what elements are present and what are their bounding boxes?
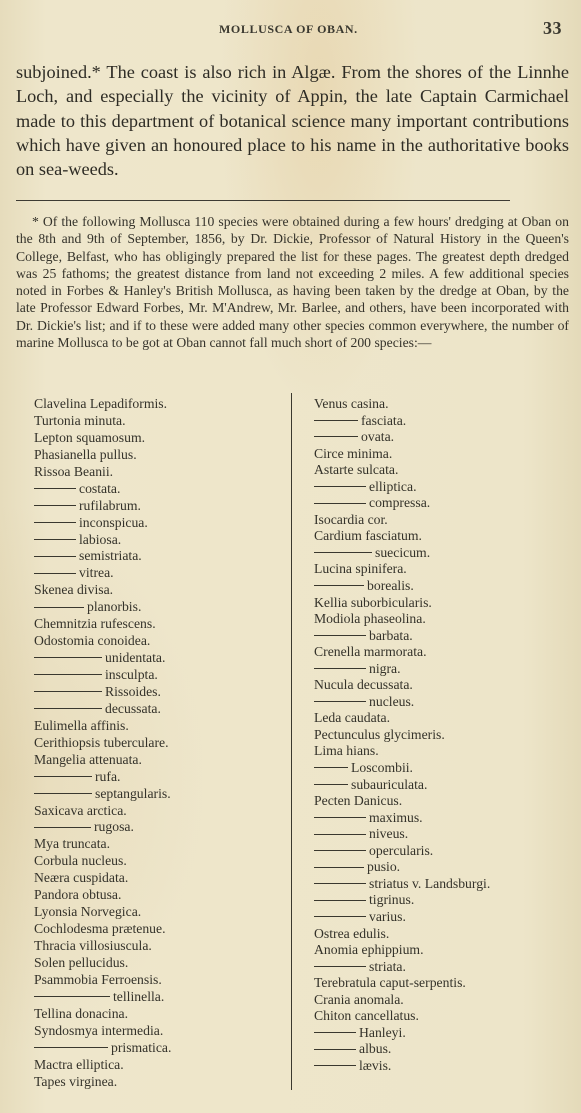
species-item: nigra.	[314, 661, 574, 678]
species-name: Turtonia minuta.	[34, 413, 126, 428]
species-name: borealis.	[367, 578, 414, 593]
footnote: * Of the following Mollusca 110 species …	[16, 213, 569, 351]
ditto-dash	[34, 793, 92, 794]
species-item: subauriculata.	[314, 777, 574, 794]
species-name: Saxicava arctica.	[34, 803, 127, 818]
species-name: Mangelia attenuata.	[34, 752, 142, 767]
species-name: Cardium fasciatum.	[314, 528, 422, 543]
species-item: Pectunculus glycimeris.	[314, 727, 574, 744]
species-name: Terebratula caput-serpentis.	[314, 975, 466, 990]
species-name: rugosa.	[94, 819, 134, 834]
species-name: maximus.	[369, 810, 423, 825]
ditto-dash	[314, 420, 358, 421]
species-name: Anomia ephippium.	[314, 942, 424, 957]
species-name: ovata.	[361, 429, 394, 444]
species-name: Phasianella pullus.	[34, 447, 137, 462]
species-name: Pectunculus glycimeris.	[314, 727, 445, 742]
species-item: Neæra cuspidata.	[34, 870, 284, 887]
species-name: inconspicua.	[79, 515, 148, 530]
species-name: insculpta.	[105, 667, 158, 682]
species-item: barbata.	[314, 628, 574, 645]
species-name: Modiola phaseolina.	[314, 611, 426, 626]
ditto-dash	[34, 573, 76, 574]
species-name: Chemnitzia rufescens.	[34, 616, 156, 631]
species-item: labiosa.	[34, 532, 284, 549]
ditto-dash	[34, 539, 76, 540]
species-name: Neæra cuspidata.	[34, 870, 128, 885]
species-name: labiosa.	[79, 532, 121, 547]
species-item: Cochlodesma prætenue.	[34, 921, 284, 938]
ditto-dash	[314, 635, 366, 636]
species-item: decussata.	[34, 701, 284, 718]
species-name: Clavelina Lepadiformis.	[34, 396, 167, 411]
ditto-dash	[34, 691, 102, 692]
species-item: Turtonia minuta.	[34, 413, 284, 430]
species-item: Leda caudata.	[314, 710, 574, 727]
species-item: Isocardia cor.	[314, 512, 574, 529]
species-item: striatus v. Landsburgi.	[314, 876, 574, 893]
species-name: Ostrea edulis.	[314, 926, 389, 941]
species-item: Pecten Danicus.	[314, 793, 574, 810]
ditto-dash	[314, 817, 366, 818]
species-name: rufa.	[95, 769, 120, 784]
species-name: Astarte sulcata.	[314, 462, 398, 477]
species-name: costata.	[79, 481, 120, 496]
species-name: Nucula decussata.	[314, 677, 413, 692]
species-name: Psammobia Ferroensis.	[34, 972, 162, 987]
column-divider	[291, 393, 292, 1090]
species-item: Mya truncata.	[34, 836, 284, 853]
ditto-dash	[34, 674, 102, 675]
species-name: septangularis.	[95, 786, 171, 801]
species-item: Mangelia attenuata.	[34, 752, 284, 769]
species-name: Isocardia cor.	[314, 512, 388, 527]
ditto-dash	[314, 767, 348, 768]
species-name: compressa.	[369, 495, 430, 510]
species-name: rufilabrum.	[79, 498, 141, 513]
species-name: Tapes virginea.	[34, 1074, 117, 1089]
ditto-dash	[314, 436, 358, 437]
species-item: Chemnitzia rufescens.	[34, 616, 284, 633]
ditto-dash	[314, 486, 366, 487]
species-name: decussata.	[105, 701, 161, 716]
species-item: Tellina donacina.	[34, 1006, 284, 1023]
species-item: rugosa.	[34, 819, 284, 836]
species-item: Lepton squamosum.	[34, 430, 284, 447]
species-name: tigrinus.	[369, 892, 414, 907]
species-item: tellinella.	[34, 989, 284, 1006]
species-item: albus.	[314, 1041, 574, 1058]
species-item: Crania anomala.	[314, 992, 574, 1009]
species-item: Pandora obtusa.	[34, 887, 284, 904]
species-name: prismatica.	[111, 1040, 171, 1055]
ditto-dash	[34, 607, 84, 608]
species-item: pusio.	[314, 859, 574, 876]
species-name: Eulimella affinis.	[34, 718, 129, 733]
species-item: Anomia ephippium.	[314, 942, 574, 959]
species-name: Pecten Danicus.	[314, 793, 402, 808]
species-item: Clavelina Lepadiformis.	[34, 396, 284, 413]
ditto-dash	[314, 966, 366, 967]
species-item: planorbis.	[34, 599, 284, 616]
species-name: varius.	[369, 909, 406, 924]
species-item: tigrinus.	[314, 892, 574, 909]
species-item: ovata.	[314, 429, 574, 446]
species-name: Corbula nucleus.	[34, 853, 127, 868]
species-name: Lucina spinifera.	[314, 561, 407, 576]
species-item: Nucula decussata.	[314, 677, 574, 694]
footnote-divider	[16, 200, 510, 201]
species-item: Solen pellucidus.	[34, 955, 284, 972]
ditto-dash	[314, 668, 366, 669]
species-list-left: Clavelina Lepadiformis.Turtonia minuta.L…	[34, 396, 284, 1090]
body-paragraph: subjoined.* The coast is also rich in Al…	[16, 60, 569, 181]
ditto-dash	[314, 701, 366, 702]
species-item: Tapes virginea.	[34, 1074, 284, 1091]
species-name: Lyonsia Norvegica.	[34, 904, 141, 919]
species-item: lævis.	[314, 1058, 574, 1075]
species-name: nigra.	[369, 661, 401, 676]
species-item: Cerithiopsis tuberculare.	[34, 735, 284, 752]
species-item: Hanleyi.	[314, 1025, 574, 1042]
species-name: Chiton cancellatus.	[314, 1008, 419, 1023]
ditto-dash	[34, 708, 102, 709]
ditto-dash	[314, 900, 366, 901]
species-name: Leda caudata.	[314, 710, 390, 725]
species-name: tellinella.	[113, 989, 164, 1004]
species-name: Crania anomala.	[314, 992, 404, 1007]
species-item: Psammobia Ferroensis.	[34, 972, 284, 989]
ditto-dash	[34, 488, 76, 489]
ditto-dash	[314, 503, 366, 504]
species-item: Mactra elliptica.	[34, 1057, 284, 1074]
species-name: striata.	[369, 959, 406, 974]
species-name: Odostomia conoidea.	[34, 633, 150, 648]
species-name: Rissoides.	[105, 684, 161, 699]
ditto-dash	[34, 827, 91, 828]
species-name: barbata.	[369, 628, 413, 643]
species-item: Loscombii.	[314, 760, 574, 777]
species-name: Thracia villosiuscula.	[34, 938, 152, 953]
species-item: borealis.	[314, 578, 574, 595]
species-item: inconspicua.	[34, 515, 284, 532]
species-item: elliptica.	[314, 479, 574, 496]
ditto-dash	[314, 867, 364, 868]
species-list-right: Venus casina.fasciata.ovata.Circe minima…	[314, 396, 574, 1074]
ditto-dash	[314, 883, 366, 884]
species-item: Syndosmya intermedia.	[34, 1023, 284, 1040]
species-item: Cardium fasciatum.	[314, 528, 574, 545]
species-name: Solen pellucidus.	[34, 955, 128, 970]
species-name: vitrea.	[79, 565, 114, 580]
ditto-dash	[34, 1047, 108, 1048]
species-item: Rissoides.	[34, 684, 284, 701]
species-name: nucleus.	[369, 694, 414, 709]
species-item: Lyonsia Norvegica.	[34, 904, 284, 921]
ditto-dash	[314, 552, 372, 553]
species-name: suecicum.	[375, 545, 430, 560]
ditto-dash	[314, 850, 366, 851]
species-name: Mya truncata.	[34, 836, 110, 851]
ditto-dash	[34, 505, 76, 506]
species-name: pusio.	[367, 859, 400, 874]
species-name: Syndosmya intermedia.	[34, 1023, 163, 1038]
species-item: fasciata.	[314, 413, 574, 430]
page-number: 33	[543, 18, 562, 39]
species-name: striatus v. Landsburgi.	[369, 876, 490, 891]
species-name: elliptica.	[369, 479, 417, 494]
species-item: striata.	[314, 959, 574, 976]
species-name: Loscombii.	[351, 760, 413, 775]
species-item: Saxicava arctica.	[34, 803, 284, 820]
species-name: albus.	[359, 1041, 391, 1056]
ditto-dash	[314, 1049, 356, 1050]
species-name: lævis.	[359, 1058, 391, 1073]
ditto-dash	[34, 996, 110, 997]
species-item: opercularis.	[314, 843, 574, 860]
species-item: unidentata.	[34, 650, 284, 667]
species-item: maximus.	[314, 810, 574, 827]
species-item: compressa.	[314, 495, 574, 512]
species-item: Circe minima.	[314, 446, 574, 463]
species-name: Crenella marmorata.	[314, 644, 427, 659]
ditto-dash	[314, 784, 348, 785]
species-item: Chiton cancellatus.	[314, 1008, 574, 1025]
species-name: Cochlodesma prætenue.	[34, 921, 166, 936]
species-name: semistriata.	[79, 548, 142, 563]
species-name: Kellia suborbicularis.	[314, 595, 432, 610]
species-item: Odostomia conoidea.	[34, 633, 284, 650]
ditto-dash	[34, 522, 76, 523]
ditto-dash	[34, 556, 76, 557]
species-item: Modiola phaseolina.	[314, 611, 574, 628]
species-name: Cerithiopsis tuberculare.	[34, 735, 169, 750]
species-name: Pandora obtusa.	[34, 887, 121, 902]
species-item: rufa.	[34, 769, 284, 786]
species-name: unidentata.	[105, 650, 165, 665]
species-name: Mactra elliptica.	[34, 1057, 124, 1072]
ditto-dash	[34, 657, 102, 658]
species-item: prismatica.	[34, 1040, 284, 1057]
species-item: Phasianella pullus.	[34, 447, 284, 464]
species-item: semistriata.	[34, 548, 284, 565]
species-name: subauriculata.	[351, 777, 427, 792]
species-name: Lepton squamosum.	[34, 430, 145, 445]
footnote-text: * Of the following Mollusca 110 species …	[16, 214, 569, 350]
species-item: costata.	[34, 481, 284, 498]
species-name: Rissoa Beanii.	[34, 464, 113, 479]
species-item: Astarte sulcata.	[314, 462, 574, 479]
species-name: planorbis.	[87, 599, 141, 614]
species-item: Ostrea edulis.	[314, 926, 574, 943]
ditto-dash	[314, 1065, 356, 1066]
species-name: Circe minima.	[314, 446, 392, 461]
species-item: insculpta.	[34, 667, 284, 684]
ditto-dash	[314, 916, 366, 917]
species-name: fasciata.	[361, 413, 406, 428]
species-item: varius.	[314, 909, 574, 926]
species-name: niveus.	[369, 826, 408, 841]
ditto-dash	[34, 776, 92, 777]
ditto-dash	[314, 1032, 356, 1033]
species-item: Thracia villosiuscula.	[34, 938, 284, 955]
species-name: opercularis.	[369, 843, 433, 858]
species-item: Kellia suborbicularis.	[314, 595, 574, 612]
species-item: rufilabrum.	[34, 498, 284, 515]
running-title: MOLLUSCA OF OBAN.	[219, 22, 358, 37]
species-item: vitrea.	[34, 565, 284, 582]
species-item: Venus casina.	[314, 396, 574, 413]
species-item: nucleus.	[314, 694, 574, 711]
species-name: Venus casina.	[314, 396, 389, 411]
species-item: Eulimella affinis.	[34, 718, 284, 735]
species-name: Tellina donacina.	[34, 1006, 128, 1021]
species-item: Terebratula caput-serpentis.	[314, 975, 574, 992]
species-item: Lima hians.	[314, 743, 574, 760]
species-name: Lima hians.	[314, 743, 379, 758]
species-item: niveus.	[314, 826, 574, 843]
species-name: Hanleyi.	[359, 1025, 406, 1040]
species-item: septangularis.	[34, 786, 284, 803]
species-item: Crenella marmorata.	[314, 644, 574, 661]
species-name: Skenea divisa.	[34, 582, 113, 597]
species-item: Corbula nucleus.	[34, 853, 284, 870]
species-item: Skenea divisa.	[34, 582, 284, 599]
species-item: Lucina spinifera.	[314, 561, 574, 578]
species-item: suecicum.	[314, 545, 574, 562]
ditto-dash	[314, 585, 364, 586]
ditto-dash	[314, 834, 366, 835]
species-item: Rissoa Beanii.	[34, 464, 284, 481]
